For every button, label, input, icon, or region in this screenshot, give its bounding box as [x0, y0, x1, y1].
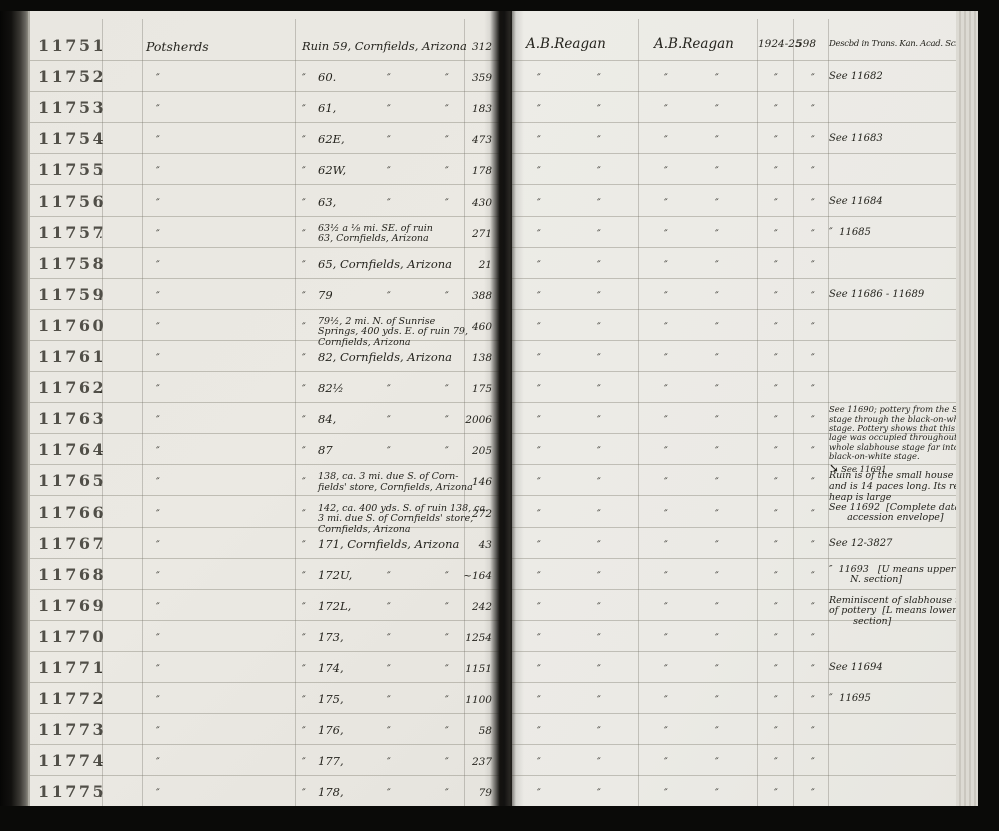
locality: 138, ca. 3 mi. due S. of Corn- fields' s…	[318, 472, 473, 493]
catalog-number: 11756	[38, 192, 106, 211]
collector-ditto: ″	[537, 664, 541, 675]
ledger-row: 11752.″″60.″″359	[30, 60, 500, 92]
ditto-mark: ″	[302, 415, 306, 426]
date-ditto: ″	[774, 477, 778, 488]
catalog-number: 11769	[38, 596, 106, 615]
catalog-number: 11759	[38, 285, 106, 304]
ditto-mark: ″	[387, 198, 391, 209]
date-ditto: ″	[774, 757, 778, 768]
specimen-count: 312	[462, 41, 492, 53]
locality: Ruin 59, Cornfields, Arizona	[302, 39, 467, 53]
collector-ditto: ″	[597, 664, 601, 675]
date-ditto: ″	[774, 322, 778, 333]
ditto-mark: ″	[302, 166, 306, 177]
ditto-mark: ″	[445, 384, 449, 395]
ledger-row: ″″″″″″See 11690; pottery from the Slabho…	[512, 402, 976, 434]
locality: 62E,	[318, 132, 345, 146]
locality: 178,	[318, 785, 344, 799]
locality: 176,	[318, 723, 344, 737]
ledger-row: ″″″″″″See 11682	[512, 60, 976, 92]
collector-ditto: ″	[537, 260, 541, 271]
received-from-ditto: ″	[664, 633, 668, 644]
catalog-number-dot: .	[99, 786, 103, 800]
ditto-mark: ″	[387, 166, 391, 177]
received-from-ditto: ″	[664, 229, 668, 240]
received-from-ditto: ″	[664, 384, 668, 395]
ditto-mark: ″	[156, 353, 160, 364]
received-from-ditto: ″	[664, 695, 668, 706]
ditto-mark: ″	[387, 571, 391, 582]
ledger-row: 11770.″″173,″″1254	[30, 620, 500, 652]
ledger-row: ″″″″″″	[512, 744, 976, 776]
date-ditto: ″	[774, 602, 778, 613]
ledger-row: ″″″″″″See 11683	[512, 122, 976, 154]
ditto-mark: ″	[156, 73, 160, 84]
accession-ditto: ″	[811, 695, 815, 706]
ditto-mark: ″	[387, 446, 391, 457]
ditto-mark: ″	[156, 571, 160, 582]
ledger-row: A.B.ReaganA.B.Reagan1924-25598Descbd in …	[512, 29, 976, 61]
received-from-ditto: ″	[715, 602, 719, 613]
accession-ditto: ″	[811, 757, 815, 768]
collector-ditto: ″	[537, 384, 541, 395]
collector-ditto: ″	[597, 260, 601, 271]
locality: 84,	[318, 412, 336, 426]
received-from-ditto: ″	[715, 353, 719, 364]
collector-ditto: ″	[537, 602, 541, 613]
collector-ditto: ″	[537, 477, 541, 488]
received-from-ditto: ″	[715, 664, 719, 675]
collector-ditto: ″	[537, 291, 541, 302]
collector-ditto: ″	[537, 415, 541, 426]
ledger-row: ″″″″″″	[512, 340, 976, 372]
date-ditto: ″	[774, 509, 778, 520]
ditto-mark: ″	[156, 509, 160, 520]
received-from-ditto: ″	[715, 135, 719, 146]
received-from-ditto: ″	[664, 104, 668, 115]
ditto-mark: ″	[156, 788, 160, 799]
ditto-mark: ″	[156, 664, 160, 675]
ditto-mark: ″	[445, 788, 449, 799]
locality: 175,	[318, 692, 344, 706]
catalog-number: 11763	[38, 409, 106, 428]
ledger-row: 11758.″″65, Cornfields, Arizona21	[30, 247, 500, 279]
received-from-ditto: ″	[664, 477, 668, 488]
ledger-row: ″″″″″″″ 11695	[512, 682, 976, 714]
ledger-row: ″″″″″″	[512, 91, 976, 123]
specimen-count: 183	[462, 103, 492, 115]
ditto-mark: ″	[156, 135, 160, 146]
photo-border-bottom	[0, 806, 999, 831]
ledger-row: ″″″″″″See 11694	[512, 651, 976, 683]
ledger-row: ″″″″″″	[512, 247, 976, 279]
ditto-mark: ″	[302, 260, 306, 271]
ledger-row: 11767.″″171, Cornfields, Arizona43	[30, 527, 500, 559]
received-from-ditto: ″	[664, 571, 668, 582]
specimen-count: 205	[462, 445, 492, 457]
locality: 177,	[318, 754, 344, 768]
remarks: See 11692 [Complete data in accession en…	[829, 503, 977, 524]
ledger-row: 11774.″″177,″″237	[30, 744, 500, 776]
ledger-row: ″″″″″″See 11692 [Complete data in access…	[512, 496, 976, 528]
collector-ditto: ″	[537, 571, 541, 582]
date-ditto: ″	[774, 73, 778, 84]
date-ditto: ″	[774, 695, 778, 706]
ledger-row: 11757.″″63½ a ⅛ mi. SE. of ruin 63, Corn…	[30, 216, 500, 248]
accession-ditto: ″	[811, 104, 815, 115]
date-ditto: ″	[774, 540, 778, 551]
received-from-ditto: ″	[715, 726, 719, 737]
received-from-name: A.B.Reagan	[654, 36, 734, 52]
ledger-row: 11763.″″84,″″2006	[30, 402, 500, 434]
catalog-number-dot: .	[99, 693, 103, 707]
ledger-row: ″″″″″″➘See 11691	[512, 433, 976, 465]
ledger-row: 11769.″″172L,″″242	[30, 589, 500, 621]
specimen-count: 430	[462, 197, 492, 209]
date-ditto: ″	[774, 104, 778, 115]
collector-ditto: ″	[537, 757, 541, 768]
locality: 60.	[318, 70, 336, 84]
photo-border-right	[978, 0, 999, 831]
received-from-ditto: ″	[664, 260, 668, 271]
specimen-count: 146	[462, 476, 492, 488]
specimen-count: 242	[462, 601, 492, 613]
specimen-count: 1100	[462, 694, 492, 706]
collector-ditto: ″	[597, 509, 601, 520]
received-from-ditto: ″	[664, 788, 668, 799]
specimen-count: 460	[462, 321, 492, 333]
catalog-number-dot: .	[99, 351, 103, 365]
catalog-number: 11761	[38, 347, 106, 366]
specimen-count: 43	[462, 539, 492, 551]
collector-ditto: ″	[597, 353, 601, 364]
received-from-ditto: ″	[664, 446, 668, 457]
accession-ditto: ″	[811, 788, 815, 799]
ditto-mark: ″	[156, 291, 160, 302]
specimen-count: 1151	[462, 663, 492, 675]
catalog-number-dot: .	[99, 507, 103, 521]
collector-ditto: ″	[537, 633, 541, 644]
specimen-count: 388	[462, 290, 492, 302]
ditto-mark: ″	[302, 695, 306, 706]
accession-ditto: ″	[811, 477, 815, 488]
catalog-number: 11760	[38, 316, 106, 335]
catalog-number-dot: .	[99, 289, 103, 303]
date-ditto: ″	[774, 229, 778, 240]
ditto-mark: ″	[445, 166, 449, 177]
specimen-count: 1254	[462, 632, 492, 644]
catalog-number: 11775	[38, 782, 106, 801]
received-from-ditto: ″	[715, 260, 719, 271]
remarks: See 11683	[829, 133, 974, 144]
catalog-number-dot: .	[99, 196, 103, 210]
remarks: ″ 11685	[829, 227, 974, 238]
catalog-number-dot: .	[99, 320, 103, 334]
received-from-ditto: ″	[664, 198, 668, 209]
catalog-number: 11773	[38, 720, 106, 739]
received-from-ditto: ″	[664, 353, 668, 364]
ditto-mark: ″	[302, 446, 306, 457]
accession-ditto: ″	[811, 260, 815, 271]
collector-ditto: ″	[537, 166, 541, 177]
ditto-mark: ″	[445, 135, 449, 146]
accession-ditto: ″	[811, 229, 815, 240]
received-from-ditto: ″	[715, 166, 719, 177]
ditto-mark: ″	[302, 291, 306, 302]
ditto-mark: ″	[156, 384, 160, 395]
collector-ditto: ″	[537, 198, 541, 209]
ditto-mark: ″	[387, 633, 391, 644]
specimen-count: 138	[462, 352, 492, 364]
ledger-row: ″″″″″″″ 11693 [U means upper or N. secti…	[512, 558, 976, 590]
ditto-mark: ″	[445, 726, 449, 737]
received-from-ditto: ″	[715, 540, 719, 551]
received-from-ditto: ″	[664, 509, 668, 520]
catalog-number-dot: .	[99, 413, 103, 427]
accession-ditto: ″	[811, 135, 815, 146]
ditto-mark: ″	[445, 602, 449, 613]
specimen-count: 473	[462, 134, 492, 146]
collector-ditto: ″	[537, 446, 541, 457]
collector-ditto: ″	[597, 384, 601, 395]
collector-ditto: ″	[597, 291, 601, 302]
ditto-mark: ″	[302, 664, 306, 675]
date-ditto: ″	[774, 664, 778, 675]
catalog-number: 11771	[38, 658, 106, 677]
locality: 61,	[318, 101, 336, 115]
received-from-ditto: ″	[715, 757, 719, 768]
specimen-count: 178	[462, 165, 492, 177]
collector-ditto: ″	[597, 104, 601, 115]
date-ditto: ″	[774, 353, 778, 364]
ditto-mark: ″	[302, 788, 306, 799]
accession-ditto: ″	[811, 353, 815, 364]
ditto-mark: ″	[387, 757, 391, 768]
ditto-mark: ″	[156, 229, 160, 240]
collector-ditto: ″	[537, 353, 541, 364]
ditto-mark: ″	[387, 73, 391, 84]
collector-ditto: ″	[597, 73, 601, 84]
specimen-count: 58	[462, 725, 492, 737]
ledger-row: ″″″″″″Reminiscent of slabhouse type of p…	[512, 589, 976, 621]
accession-ditto: ″	[811, 571, 815, 582]
ditto-mark: ″	[387, 695, 391, 706]
ditto-mark: ″	[156, 198, 160, 209]
received-from-ditto: ″	[664, 73, 668, 84]
catalog-number-dot: .	[99, 40, 103, 54]
catalog-number: 11762	[38, 378, 106, 397]
collector-ditto: ″	[537, 788, 541, 799]
date-ditto: ″	[774, 446, 778, 457]
specimen-count: 21	[462, 259, 492, 271]
collector-ditto: ″	[537, 135, 541, 146]
collector-ditto: ″	[537, 726, 541, 737]
ledger-page-left: 11751.PotsherdsRuin 59, Cornfields, Ariz…	[28, 10, 500, 807]
ditto-mark: ″	[156, 633, 160, 644]
ledger-row: ″″″″″″See 12-3827	[512, 527, 976, 559]
date-ditto: ″	[774, 633, 778, 644]
date-ditto: ″	[774, 291, 778, 302]
collector-ditto: ″	[597, 788, 601, 799]
ditto-mark: ″	[445, 571, 449, 582]
ditto-mark: ″	[156, 415, 160, 426]
ditto-mark: ″	[302, 477, 306, 488]
accession-ditto: ″	[811, 291, 815, 302]
collector-ditto: ″	[597, 415, 601, 426]
remarks: ″ 11693 [U means upper or N. section]	[829, 565, 977, 586]
ledger-row: 11756.″″63,″″430	[30, 185, 500, 217]
ditto-mark: ″	[387, 602, 391, 613]
received-from-ditto: ″	[664, 602, 668, 613]
collector-ditto: ″	[597, 198, 601, 209]
collector-ditto: ″	[597, 322, 601, 333]
received-from-ditto: ″	[715, 198, 719, 209]
specimen-count: ~164	[462, 570, 492, 582]
ditto-mark: ″	[156, 322, 160, 333]
ditto-mark: ″	[302, 571, 306, 582]
received-from-ditto: ″	[715, 633, 719, 644]
received-from-ditto: ″	[715, 291, 719, 302]
collector-ditto: ″	[537, 509, 541, 520]
ditto-mark: ″	[302, 322, 306, 333]
remarks: See 12-3827	[829, 538, 974, 549]
received-from-ditto: ″	[664, 166, 668, 177]
received-from-ditto: ″	[715, 229, 719, 240]
ditto-mark: ″	[445, 695, 449, 706]
accession-ditto: ″	[811, 384, 815, 395]
ditto-mark: ″	[302, 633, 306, 644]
locality: 79	[318, 288, 333, 302]
collector-ditto: ″	[597, 726, 601, 737]
collector-ditto: ″	[537, 322, 541, 333]
specimen-count: 2006	[462, 414, 492, 426]
ledger-row: 11759.″″79″″388	[30, 278, 500, 310]
remarks: See 11684	[829, 196, 974, 207]
remarks: See 11682	[829, 71, 974, 82]
accession-number: 598	[796, 38, 816, 50]
collector-ditto: ″	[537, 695, 541, 706]
ledger-row: 11772.″″175,″″1100	[30, 682, 500, 714]
catalog-number-dot: .	[99, 538, 103, 552]
catalog-number: 11765	[38, 471, 106, 490]
collector-ditto: ″	[597, 757, 601, 768]
catalog-number: 11753	[38, 98, 106, 117]
ditto-mark: ″	[387, 135, 391, 146]
catalog-number: 11755	[38, 160, 106, 179]
collector-ditto: ″	[597, 633, 601, 644]
ditto-mark: ″	[156, 602, 160, 613]
received-from-ditto: ″	[664, 726, 668, 737]
ditto-mark: ″	[156, 757, 160, 768]
photo-border-top	[0, 0, 999, 11]
ditto-mark: ″	[302, 757, 306, 768]
received-from-ditto: ″	[715, 384, 719, 395]
accession-ditto: ″	[811, 633, 815, 644]
catalog-number-dot: .	[99, 755, 103, 769]
locality: 174,	[318, 661, 344, 675]
catalog-number: 11757	[38, 223, 106, 242]
ditto-mark: ″	[156, 260, 160, 271]
received-from-ditto: ″	[664, 322, 668, 333]
catalog-number: 11766	[38, 503, 106, 522]
accession-ditto: ″	[811, 446, 815, 457]
accession-ditto: ″	[811, 540, 815, 551]
ditto-mark: ″	[302, 104, 306, 115]
ditto-mark: ″	[302, 229, 306, 240]
collector-ditto: ″	[597, 229, 601, 240]
received-from-ditto: ″	[715, 571, 719, 582]
ledger-row: 11760.″″79½, 2 mi. N. of Sunrise Springs…	[30, 309, 500, 341]
accession-ditto: ″	[811, 73, 815, 84]
remarks: ″ 11695	[829, 693, 974, 704]
ditto-mark: ″	[302, 353, 306, 364]
ledger-row: 11755.″″62W,″″178	[30, 153, 500, 185]
catalog-number: 11758	[38, 254, 106, 273]
ditto-mark: ″	[302, 540, 306, 551]
collector-ditto: ″	[597, 477, 601, 488]
received-from-ditto: ″	[664, 135, 668, 146]
locality: 82½	[318, 381, 344, 395]
locality: 63,	[318, 195, 336, 209]
collector-ditto: ″	[597, 166, 601, 177]
locality: 173,	[318, 630, 344, 644]
date-ditto: ″	[774, 788, 778, 799]
received-from-ditto: ″	[715, 104, 719, 115]
catalog-number-dot: .	[99, 724, 103, 738]
collector-ditto: ″	[597, 540, 601, 551]
ditto-mark: ″	[445, 664, 449, 675]
accession-ditto: ″	[811, 166, 815, 177]
ditto-mark: ″	[156, 104, 160, 115]
ditto-mark: ″	[445, 291, 449, 302]
ledger-row: ″″″″″″	[512, 713, 976, 745]
ditto-mark: ″	[387, 291, 391, 302]
ditto-mark: ″	[156, 695, 160, 706]
ledger-row: ″″″″″″Ruin is of the small house type an…	[512, 464, 976, 496]
ditto-mark: ″	[302, 135, 306, 146]
ditto-mark: ″	[302, 602, 306, 613]
received-from-ditto: ″	[715, 509, 719, 520]
catalog-number: 11754	[38, 129, 106, 148]
locality: 171, Cornfields, Arizona	[318, 537, 459, 551]
catalog-number-dot: .	[99, 475, 103, 489]
locality: 172U,	[318, 568, 352, 582]
ditto-mark: ″	[445, 446, 449, 457]
ditto-mark: ″	[302, 384, 306, 395]
catalog-number: 11751	[38, 36, 106, 55]
ledger-page-right: A.B.ReaganA.B.Reagan1924-25598Descbd in …	[512, 10, 976, 807]
collector-ditto: ″	[597, 446, 601, 457]
ditto-mark: ″	[156, 540, 160, 551]
specimen-count: 359	[462, 72, 492, 84]
catalog-number: 11774	[38, 751, 106, 770]
collector-ditto: ″	[537, 540, 541, 551]
collector-ditto: ″	[597, 571, 601, 582]
ledger-row: 11773.″″176,″″58	[30, 713, 500, 745]
accession-ditto: ″	[811, 198, 815, 209]
ditto-mark: ″	[387, 104, 391, 115]
date-ditto: ″	[774, 415, 778, 426]
ledger-row: ″″″″″″	[512, 153, 976, 185]
catalog-number: 11767	[38, 534, 106, 553]
received-from-ditto: ″	[715, 415, 719, 426]
specimen-count: 175	[462, 383, 492, 395]
catalog-number-dot: .	[99, 102, 103, 116]
date-ditto: ″	[774, 198, 778, 209]
ledger-row: 11761.″″82, Cornfields, Arizona138	[30, 340, 500, 372]
collector-ditto: ″	[537, 229, 541, 240]
catalog-number-dot: .	[99, 227, 103, 241]
